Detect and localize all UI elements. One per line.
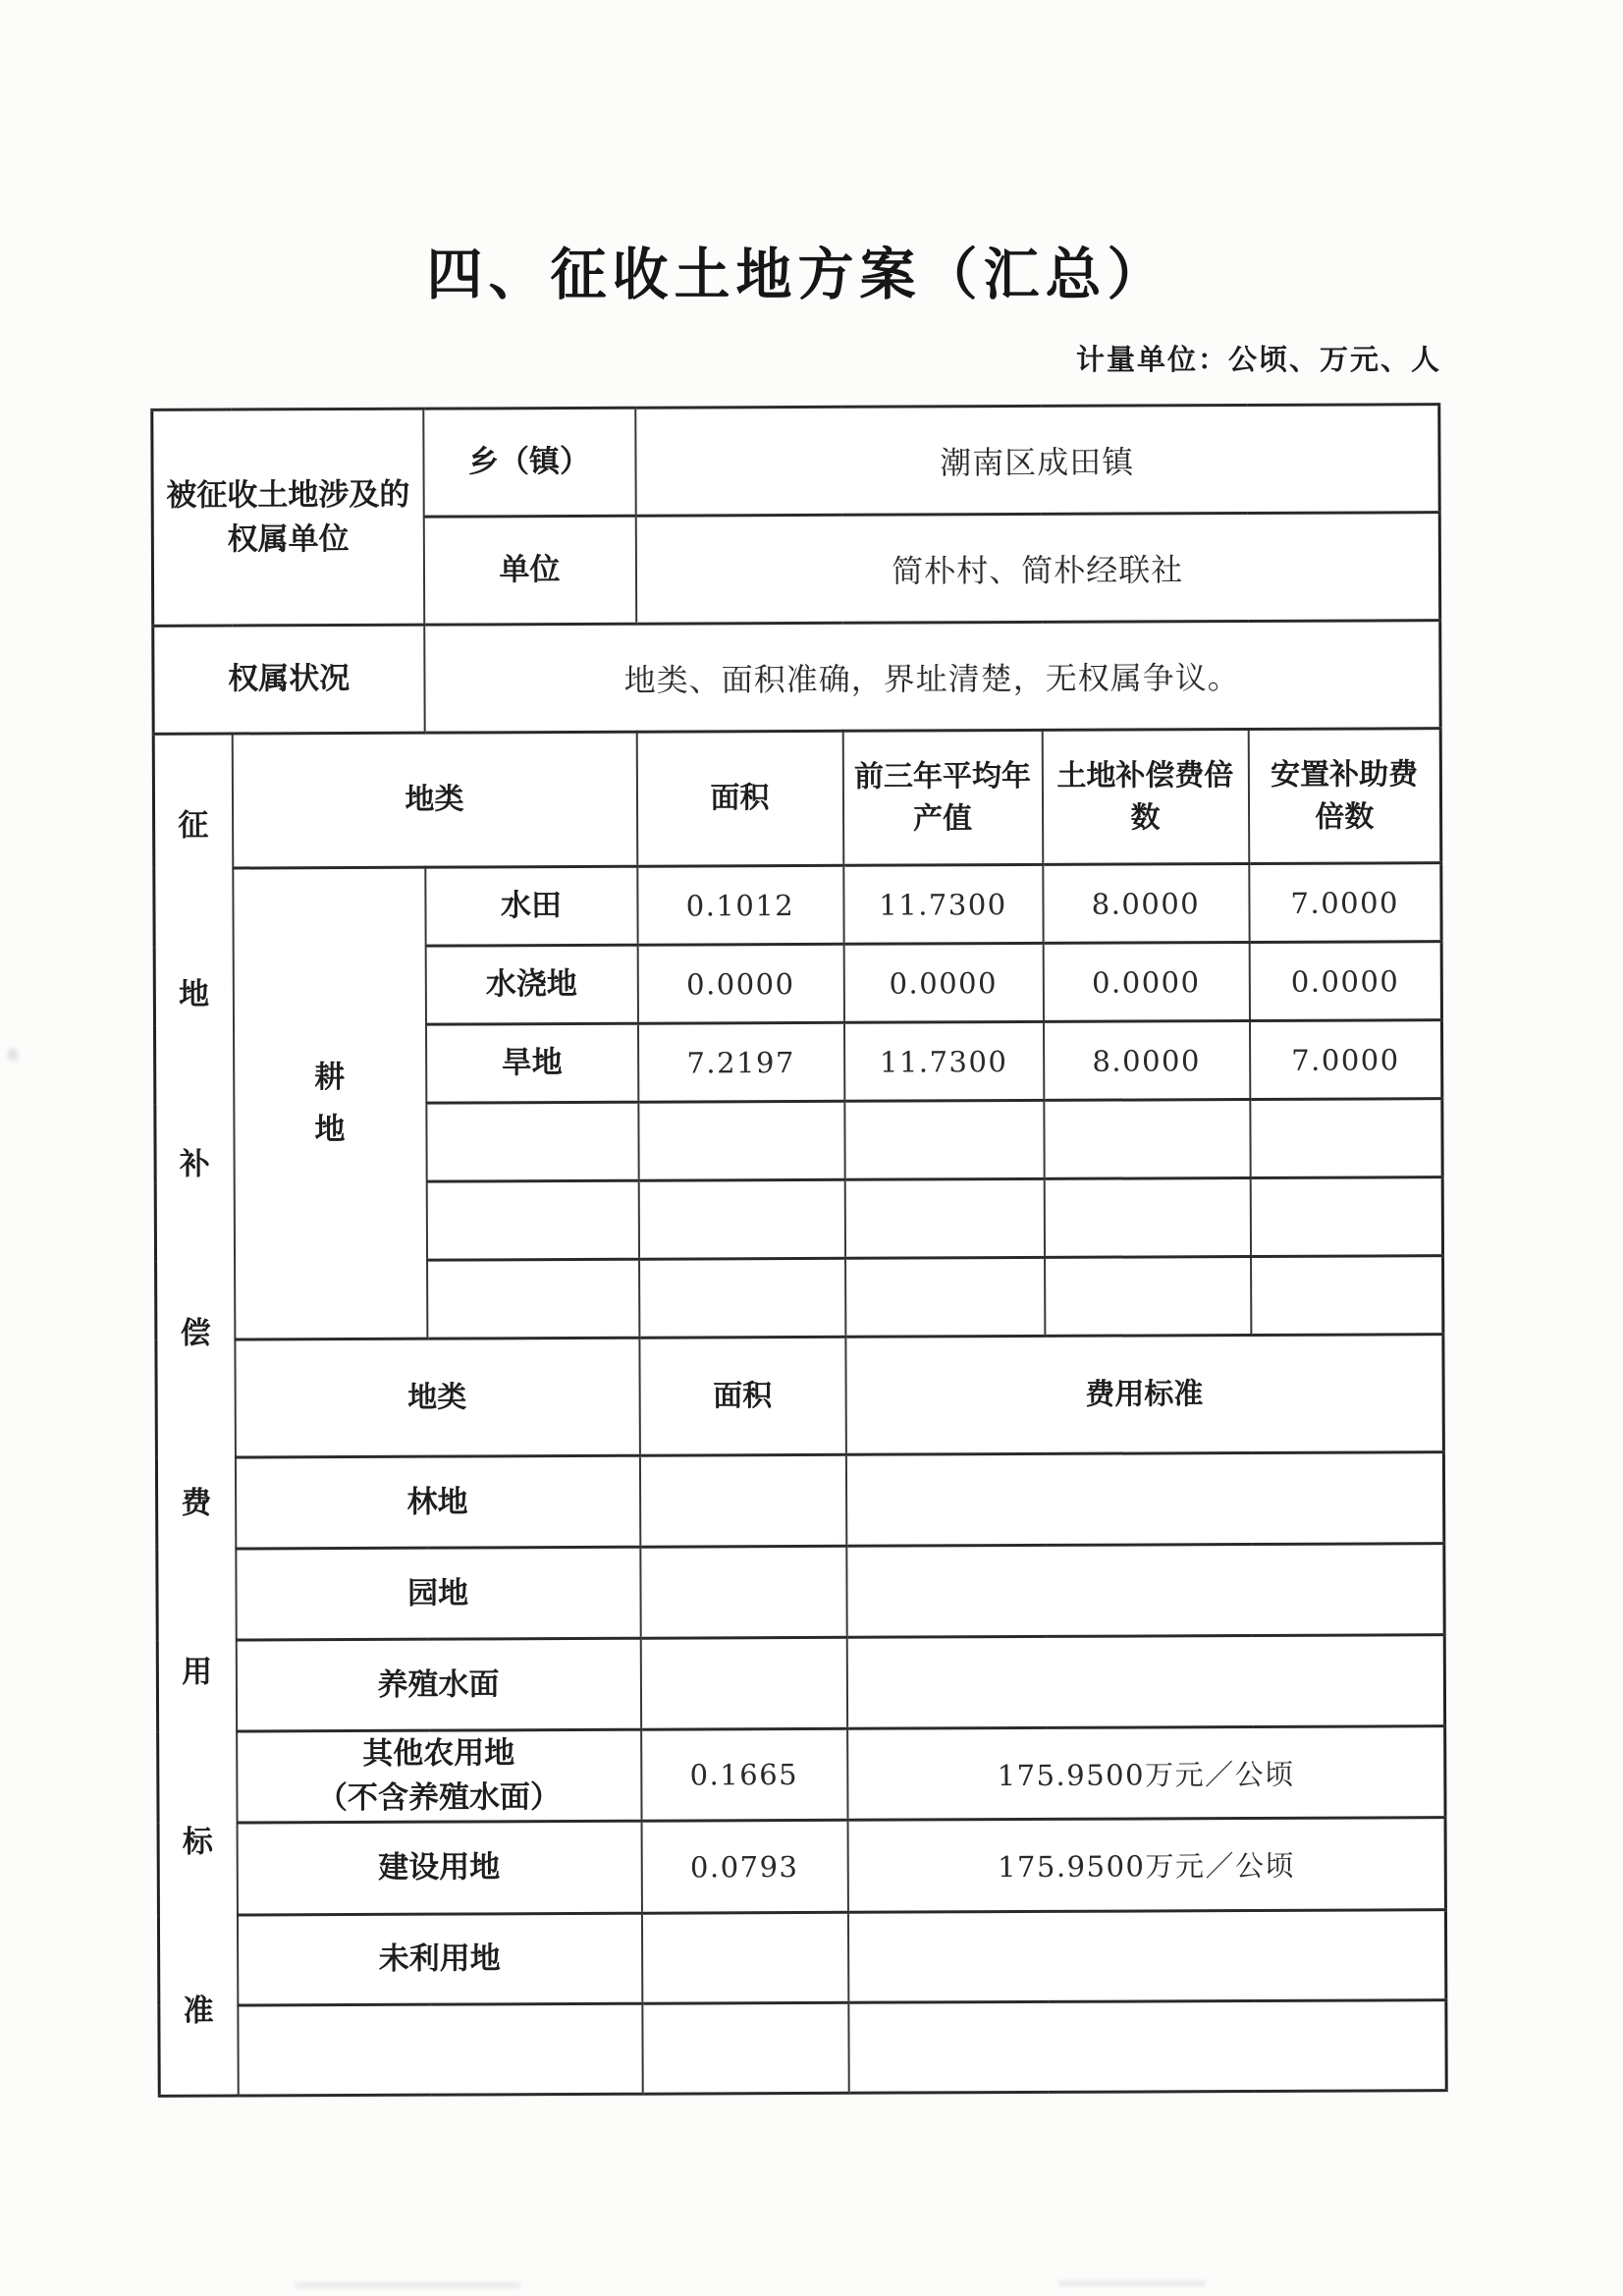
output-cell: 0.0000 — [843, 943, 1043, 1022]
vertical-char: 征 — [178, 800, 208, 845]
upper-header-avg-output: 前三年平均年产值 — [842, 730, 1043, 865]
land-type-cell: 建设用地 — [237, 1821, 641, 1915]
land-acquisition-summary-table: 被征收土地涉及的 权属单位 乡（镇） 潮南区成田镇 单位 简朴村、简朴经联社 权… — [150, 403, 1448, 2098]
area-cell: 0.0793 — [641, 1820, 847, 1913]
land-type-cell — [426, 1102, 638, 1181]
land-type-cell: 养殖水面 — [236, 1638, 640, 1731]
fee-standard-cell — [845, 1452, 1443, 1547]
unit-value-cell: 简朴村、简朴经联社 — [635, 513, 1439, 625]
output-cell: 11.7300 — [843, 1021, 1043, 1101]
resettle-multiple-cell — [1250, 1177, 1442, 1257]
vertical-char: 补 — [180, 1138, 210, 1182]
lower-row-forest: 林地 — [156, 1452, 1443, 1550]
lower-row-garden: 园地 — [157, 1544, 1444, 1641]
involved-ownership-units-label: 被征收土地涉及的 权属单位 — [152, 409, 424, 626]
land-type-cell: 水浇地 — [425, 945, 637, 1024]
land-type-cell: 园地 — [236, 1547, 640, 1640]
land-multiple-cell — [1044, 1099, 1250, 1178]
land-type-cell — [238, 2003, 642, 2096]
table-row: 征 地 补 偿 费 用 标 准 地类 面积 前三年平均年产值 土地补偿费倍数 安… — [153, 729, 1441, 869]
resettle-multiple-cell — [1250, 1099, 1442, 1178]
area-cell — [642, 2002, 848, 2094]
area-cell — [639, 1454, 845, 1547]
area-cell: 7.2197 — [637, 1022, 843, 1102]
output-cell — [844, 1100, 1044, 1179]
fee-standard-cell — [847, 1910, 1445, 2003]
status-value-cell: 地类、面积准确，界址清楚，无权属争议。 — [424, 621, 1440, 734]
fee-standard-cell — [848, 2000, 1446, 2094]
area-cell — [640, 1637, 846, 1729]
upper-header-resettle-multiple: 安置补助费倍数 — [1248, 729, 1441, 864]
land-multiple-cell — [1044, 1177, 1250, 1257]
scan-artifact — [295, 2282, 520, 2288]
land-type-cell — [427, 1259, 639, 1339]
township-label-cell: 乡（镇） — [423, 408, 635, 517]
fee-standard-cell: 175.9500万元／公顷 — [847, 1726, 1445, 1821]
township-value-cell: 潮南区成田镇 — [635, 405, 1439, 517]
land-type-cell: 旱地 — [425, 1023, 637, 1103]
resettle-multiple-cell — [1251, 1256, 1443, 1336]
land-type-cell: 林地 — [235, 1455, 639, 1549]
area-cell — [640, 1546, 846, 1638]
resettle-multiple-cell: 7.0000 — [1249, 1020, 1441, 1100]
vertical-char: 地 — [179, 969, 209, 1013]
area-cell — [641, 1912, 847, 2003]
upper-header-area: 面积 — [636, 731, 843, 866]
scan-artifact — [1058, 2280, 1206, 2286]
scanned-document-page: 四、征收土地方案（汇总） 计量单位：公顷、万元、人 被征收土地涉及的 权属单位 … — [0, 0, 1623, 2296]
lower-header-land-type: 地类 — [235, 1338, 640, 1457]
land-type-cell: 其他农用地 （不含养殖水面） — [237, 1729, 641, 1823]
output-cell: 11.7300 — [843, 864, 1043, 944]
lower-header-area: 面积 — [639, 1337, 846, 1455]
vertical-char: 用 — [182, 1647, 212, 1691]
measurement-unit-note: 计量单位：公顷、万元、人 — [154, 338, 1441, 378]
output-cell — [844, 1178, 1044, 1258]
page-title: 四、征收土地方案（汇总） — [154, 230, 1441, 310]
cultivated-row-paddy: 耕地 水田 0.1012 11.7300 8.0000 7.0000 — [154, 863, 1441, 948]
upper-header-land-comp-multiple: 土地补偿费倍数 — [1042, 730, 1249, 865]
vertical-char: 标 — [183, 1816, 213, 1860]
area-cell — [639, 1258, 845, 1338]
area-cell — [638, 1101, 844, 1180]
fee-standard-cell — [846, 1635, 1444, 1729]
lower-row-aquaculture: 养殖水面 — [157, 1635, 1444, 1732]
table-row: 权属状况 地类、面积准确，界址清楚，无权属争议。 — [153, 621, 1440, 735]
land-multiple-cell: 8.0000 — [1043, 863, 1249, 943]
scan-artifact — [8, 1049, 18, 1061]
land-type-cell — [426, 1180, 638, 1260]
output-cell — [845, 1257, 1045, 1337]
vertical-char: 偿 — [181, 1308, 211, 1352]
land-multiple-cell: 8.0000 — [1043, 1020, 1249, 1100]
area-cell: 0.1012 — [637, 865, 843, 945]
land-type-cell: 水田 — [425, 866, 637, 946]
vertical-char: 准 — [184, 1986, 214, 2030]
lower-row-empty — [159, 2000, 1446, 2097]
lower-row-construction: 建设用地 0.0793 175.9500万元／公顷 — [158, 1818, 1445, 1916]
resettle-multiple-cell: 0.0000 — [1249, 942, 1441, 1021]
fee-standard-cell — [846, 1544, 1444, 1638]
status-label-cell: 权属状况 — [153, 625, 424, 734]
lower-row-unused: 未利用地 — [158, 1910, 1445, 2006]
table-row: 被征收土地涉及的 权属单位 乡（镇） 潮南区成田镇 — [152, 405, 1439, 519]
cultivated-land-category-cell: 耕地 — [233, 867, 427, 1339]
area-cell: 0.1665 — [641, 1728, 847, 1821]
area-cell: 0.0000 — [637, 944, 843, 1023]
resettle-multiple-cell: 7.0000 — [1249, 863, 1441, 943]
compensation-standard-vertical-label: 征 地 补 偿 费 用 标 准 — [153, 734, 238, 2096]
table-row: 地类 面积 费用标准 — [156, 1335, 1444, 1458]
vertical-label-characters: 征 地 补 偿 费 用 标 准 — [155, 736, 238, 2095]
land-multiple-cell — [1045, 1256, 1251, 1336]
land-multiple-cell: 0.0000 — [1043, 942, 1249, 1021]
area-cell — [638, 1179, 844, 1259]
unit-label-cell: 单位 — [423, 516, 635, 625]
lower-header-fee-standard: 费用标准 — [845, 1335, 1444, 1455]
lower-row-other-agricultural: 其他农用地 （不含养殖水面） 0.1665 175.9500万元／公顷 — [158, 1726, 1445, 1824]
vertical-char: 费 — [181, 1477, 211, 1521]
cultivated-land-category-label: 耕地 — [312, 1052, 348, 1156]
land-type-cell: 未利用地 — [237, 1913, 641, 2005]
upper-header-land-type: 地类 — [232, 732, 637, 868]
fee-standard-cell: 175.9500万元／公顷 — [847, 1818, 1445, 1913]
